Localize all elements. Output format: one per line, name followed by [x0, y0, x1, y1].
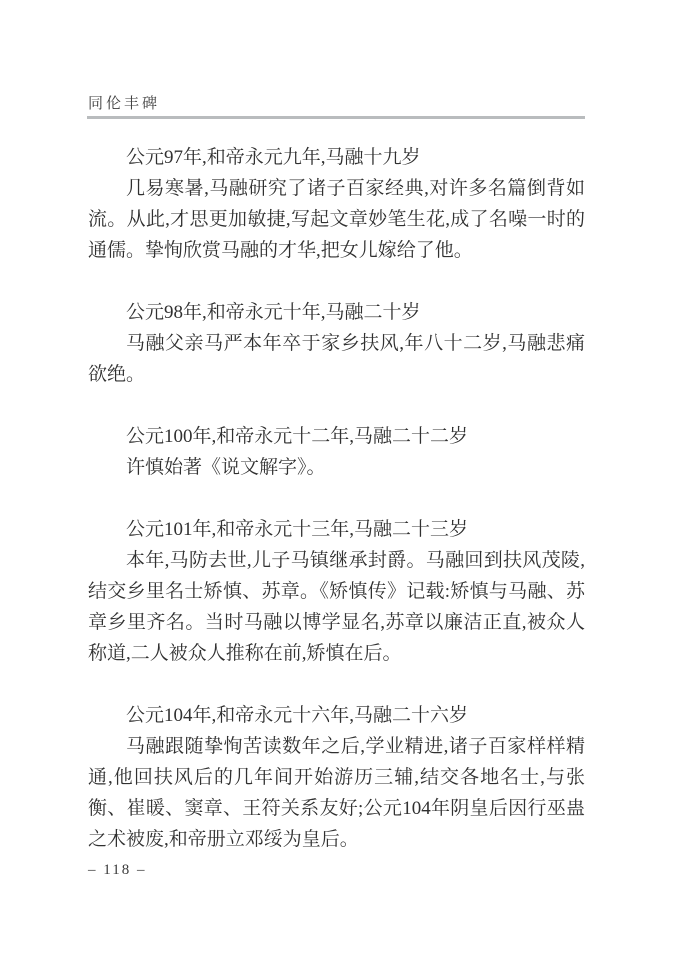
- entry-heading: 公元100年,和帝永元十二年,马融二十二岁: [88, 421, 585, 452]
- entry-heading: 公元98年,和帝永元十年,马融二十岁: [88, 297, 585, 328]
- chronicle-entry: 公元100年,和帝永元十二年,马融二十二岁 许慎始著《说文解字》。: [88, 421, 585, 483]
- chronicle-entry: 公元98年,和帝永元十年,马融二十岁 马融父亲马严本年卒于家乡扶风,年八十二岁,…: [88, 297, 585, 390]
- entry-paragraph: 许慎始著《说文解字》。: [88, 452, 585, 483]
- book-page: 同伦丰碑 公元97年,和帝永元九年,马融十九岁 几易寒暑,马融研究了诸子百家经典…: [0, 0, 692, 968]
- entry-heading: 公元101年,和帝永元十三年,马融二十三岁: [88, 514, 585, 545]
- page-body: 公元97年,和帝永元九年,马融十九岁 几易寒暑,马融研究了诸子百家经典,对许多名…: [88, 142, 585, 855]
- entry-paragraph: 本年,马防去世,儿子马镇继承封爵。马融回到扶风茂陵,结交乡里名士矫慎、苏章。《矫…: [88, 545, 585, 669]
- entry-paragraph: 几易寒暑,马融研究了诸子百家经典,对许多名篇倒背如流。从此,才思更加敏捷,写起文…: [88, 173, 585, 266]
- entry-heading: 公元104年,和帝永元十六年,马融二十六岁: [88, 700, 585, 731]
- entry-heading: 公元97年,和帝永元九年,马融十九岁: [88, 142, 585, 173]
- page-number: – 118 –: [88, 862, 146, 879]
- entry-paragraph: 马融父亲马严本年卒于家乡扶风,年八十二岁,马融悲痛欲绝。: [88, 328, 585, 390]
- chronicle-entry: 公元101年,和帝永元十三年,马融二十三岁 本年,马防去世,儿子马镇继承封爵。马…: [88, 514, 585, 669]
- chronicle-entry: 公元104年,和帝永元十六年,马融二十六岁 马融跟随挚恂苦读数年之后,学业精进,…: [88, 700, 585, 855]
- header-rule: [87, 116, 585, 119]
- running-header: 同伦丰碑: [88, 92, 160, 113]
- chronicle-entry: 公元97年,和帝永元九年,马融十九岁 几易寒暑,马融研究了诸子百家经典,对许多名…: [88, 142, 585, 266]
- entry-paragraph: 马融跟随挚恂苦读数年之后,学业精进,诸子百家样样精通,他回扶风后的几年间开始游历…: [88, 731, 585, 855]
